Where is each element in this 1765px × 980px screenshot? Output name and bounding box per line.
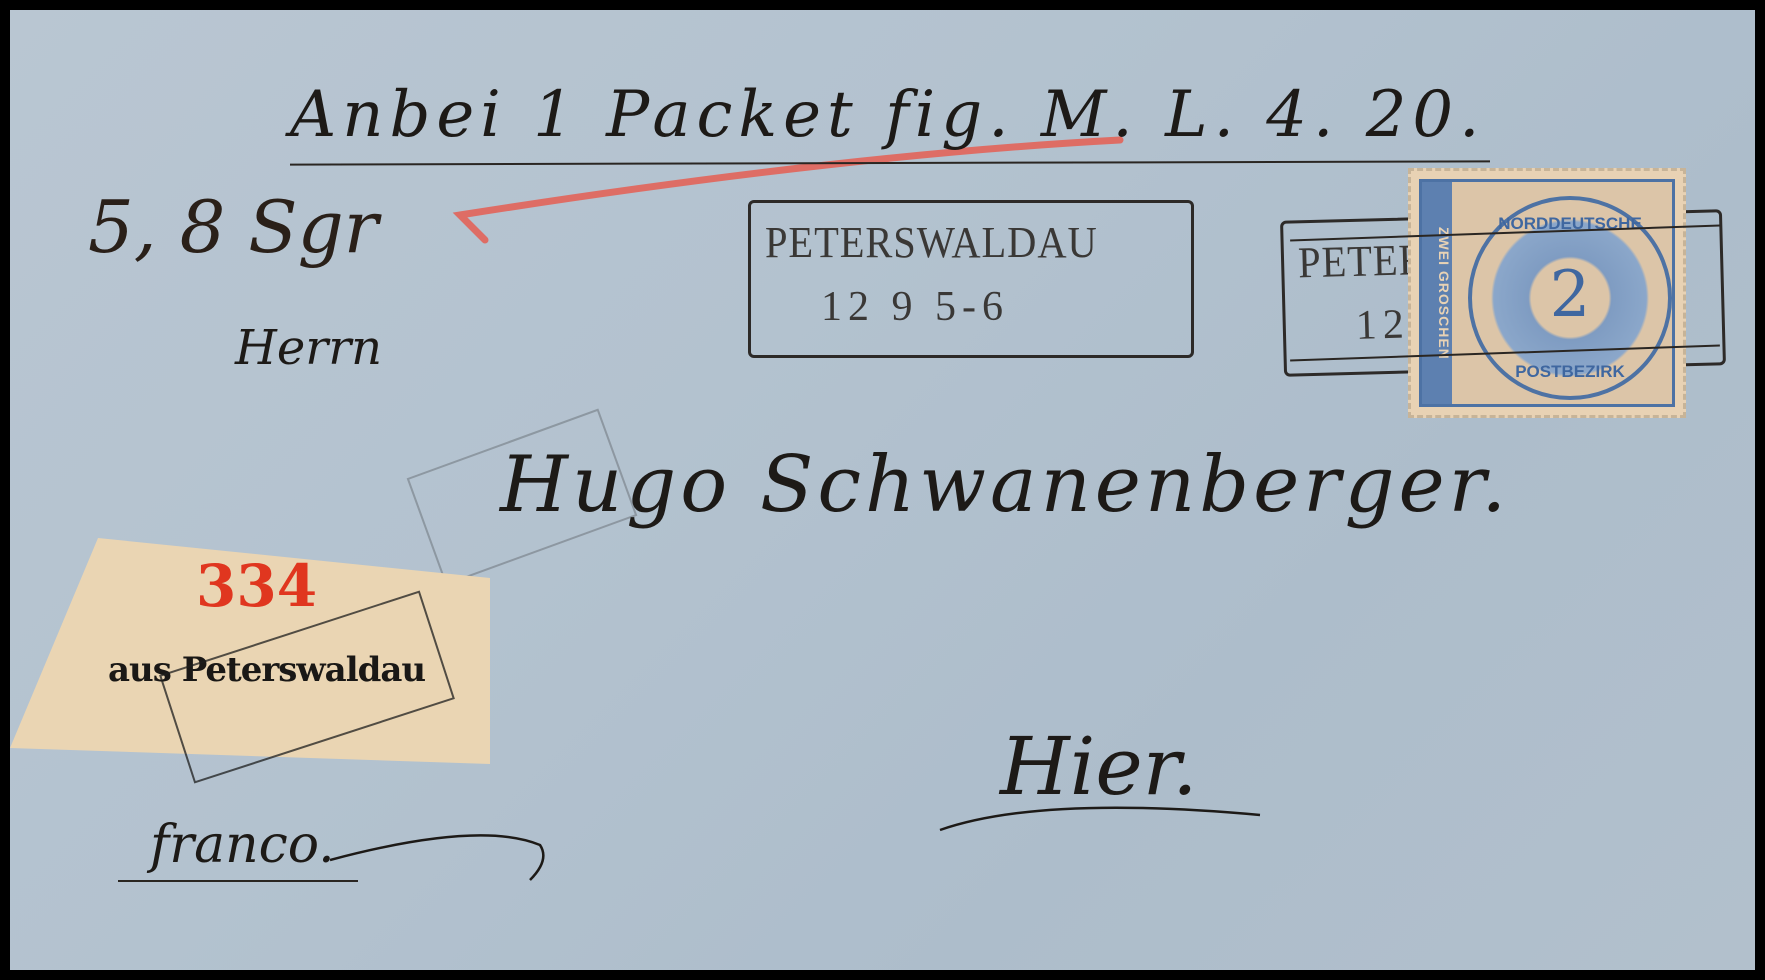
postmark-date: 12 9 5-6 [821, 283, 1009, 331]
registration-number: 334 [196, 552, 317, 620]
postmark-1: PETERSWALDAU 12 9 5-6 [748, 200, 1194, 358]
recipient-name: Hugo Schwanenberger. [500, 440, 1510, 530]
franking-note: franco. [150, 815, 335, 875]
franco-underline [118, 880, 358, 882]
flourish [330, 820, 560, 890]
postmark-town: PETERSWALDAU [765, 217, 1098, 268]
left-handwritten-note: 5, 8 Sgr [88, 185, 378, 269]
salutation: Herrn [235, 320, 382, 376]
top-handwritten-line: Anbei 1 Packet fig. M. L. 4. 20. [290, 78, 1485, 152]
flourish [920, 790, 1280, 850]
stamp-value: 2 [1472, 258, 1668, 332]
postage-stamp: ZWEI GROSCHEN NORDDEUTSCHE POSTBEZIRK 2 [1408, 168, 1686, 418]
stamp-side-text: ZWEI GROSCHEN [1422, 182, 1452, 404]
